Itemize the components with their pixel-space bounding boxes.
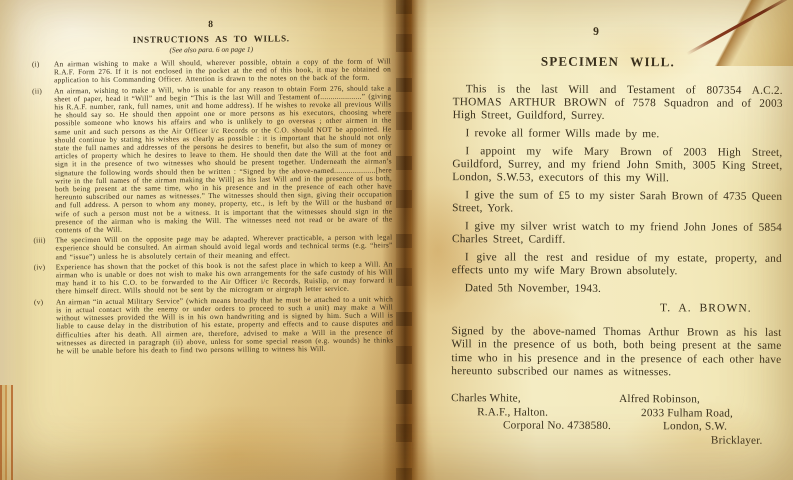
instruction-paragraph: (i) An airman wishing to make a Will sho… bbox=[32, 57, 391, 85]
paragraph-text: An airman “in actual Military Service” (… bbox=[56, 294, 393, 355]
witness-line: Bricklayer. bbox=[711, 434, 781, 448]
paragraph-numeral: (iv) bbox=[34, 263, 54, 271]
left-page: 8 INSTRUCTIONS AS TO WILLS. (See also pa… bbox=[32, 18, 394, 355]
instruction-paragraph: (v) An airman “in actual Military Servic… bbox=[34, 295, 393, 356]
will-paragraph: I revoke all former Wills made by me. bbox=[453, 127, 783, 142]
witness-2: Alfred Robinson, 2033 Fulham Road, Londo… bbox=[619, 393, 781, 448]
witness-line: Charles White, bbox=[451, 392, 619, 406]
paragraph-numeral: (i) bbox=[32, 60, 52, 68]
will-paragraph: I give all the rest and residue of my es… bbox=[452, 251, 782, 279]
right-page-number: 9 bbox=[453, 25, 783, 39]
specimen-will-body: This is the last Will and Testament of 8… bbox=[452, 83, 783, 297]
witness-line: R.A.F., Halton. bbox=[477, 406, 619, 420]
witnesses-block: Charles White, R.A.F., Halton. Corporal … bbox=[451, 392, 781, 448]
witness-1: Charles White, R.A.F., Halton. Corporal … bbox=[451, 392, 619, 447]
paragraph-text: Experience has shown that the pocket of … bbox=[56, 259, 393, 296]
witness-line: Corporal No. 4738580. bbox=[503, 420, 619, 434]
book-photo: 8 INSTRUCTIONS AS TO WILLS. (See also pa… bbox=[0, 0, 793, 480]
paragraph-text: The specimen Will on the opposite page m… bbox=[55, 233, 392, 261]
witness-line: Alfred Robinson, bbox=[619, 393, 781, 407]
paragraph-numeral: (ii) bbox=[32, 87, 52, 95]
will-paragraph: I give the sum of £5 to my sister Sarah … bbox=[452, 189, 782, 217]
paragraph-text: An airman, wishing to make a Will, who i… bbox=[54, 83, 392, 234]
left-page-number: 8 bbox=[32, 18, 391, 31]
paragraph-numeral: (iii) bbox=[33, 237, 53, 245]
right-page-title: SPECIMEN WILL. bbox=[453, 53, 783, 71]
instruction-paragraph: (ii) An airman, wishing to make a Will, … bbox=[32, 84, 392, 235]
book-spine-texture bbox=[396, 0, 412, 480]
witness-line: London, S.W. bbox=[663, 421, 781, 435]
will-date-line: Dated 5th November, 1943. bbox=[452, 282, 782, 297]
testator-signature: T. A. BROWN. bbox=[452, 300, 782, 315]
instruction-paragraph: (iii) The specimen Will on the opposite … bbox=[33, 234, 392, 262]
will-paragraph: I appoint my wife Mary Brown of 2003 Hig… bbox=[452, 145, 782, 186]
page-stack-edges bbox=[0, 385, 13, 480]
right-page: 9 SPECIMEN WILL. This is the last Will a… bbox=[451, 25, 783, 448]
will-paragraph: This is the last Will and Testament of 8… bbox=[453, 83, 783, 124]
paragraph-text: An airman wishing to make a Will should,… bbox=[54, 56, 391, 84]
instruction-paragraph: (iv) Experience has shown that the pocke… bbox=[34, 260, 393, 296]
left-page-subtitle: (See also para. 6 on page 1) bbox=[32, 43, 391, 55]
attestation-clause: Signed by the above-named Thomas Arthur … bbox=[451, 325, 781, 380]
paragraph-numeral: (v) bbox=[34, 298, 54, 306]
instructions-list: (i) An airman wishing to make a Will sho… bbox=[32, 57, 394, 355]
will-paragraph: I give my silver wrist watch to my frien… bbox=[452, 220, 782, 248]
witness-line: 2033 Fulham Road, bbox=[641, 407, 781, 421]
